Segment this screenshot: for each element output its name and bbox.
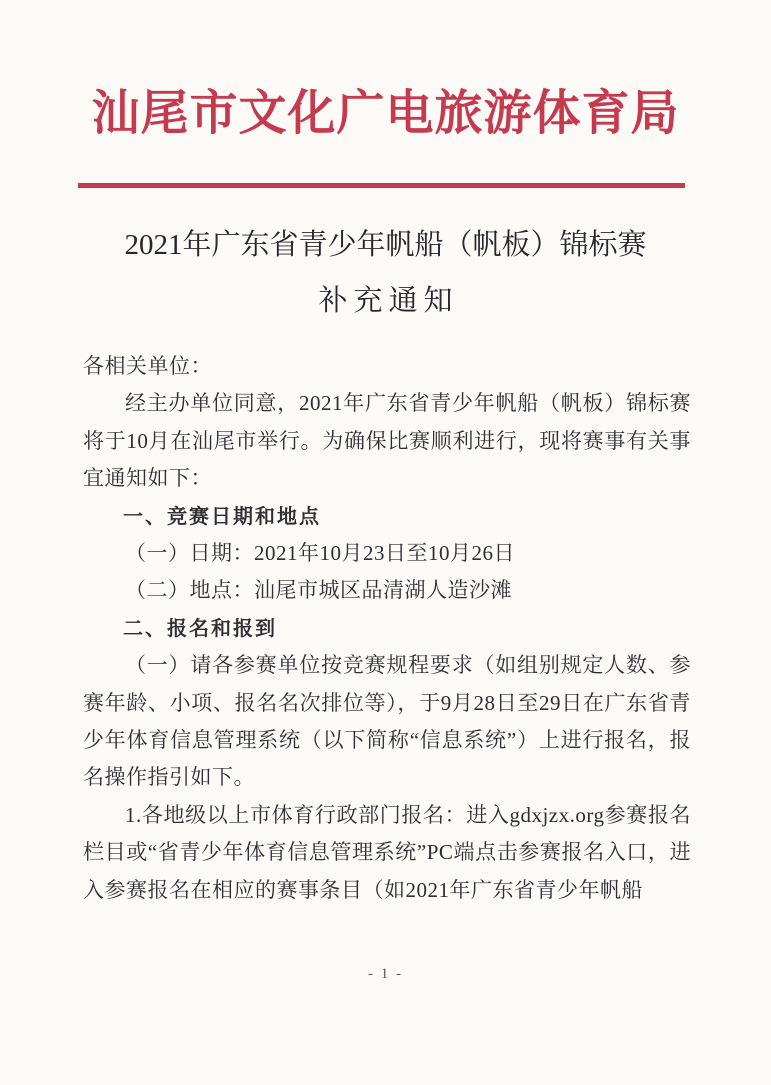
body-paragraph: （一）日期：2021年10月23日至10月26日 xyxy=(83,535,691,572)
body-paragraph: 经主办单位同意，2021年广东省青少年帆船（帆板）锦标赛将于10月在汕尾市举行。… xyxy=(83,385,691,497)
agency-header-title: 汕尾市文化广电旅游体育局 xyxy=(0,84,771,144)
body-paragraph: （二）地点：汕尾市城区品清湖人造沙滩 xyxy=(83,572,691,609)
body-paragraph: （一）请各参赛单位按竞赛规程要求（如组别规定人数、参赛年龄、小项、报名名次排位等… xyxy=(83,647,691,797)
document-title-line2: 补充通知 xyxy=(0,273,771,329)
paragraph-list: 经主办单位同意，2021年广东省青少年帆船（帆板）锦标赛将于10月在汕尾市举行。… xyxy=(83,385,691,909)
document-title: 2021年广东省青少年帆船（帆板）锦标赛 补充通知 xyxy=(0,217,771,329)
section-heading: 一、竞赛日期和地点 xyxy=(83,498,691,535)
section-heading: 二、报名和报到 xyxy=(83,610,691,647)
salutation-line: 各相关单位： xyxy=(83,348,691,385)
header-divider-rule xyxy=(78,183,685,188)
document-body: 各相关单位： 经主办单位同意，2021年广东省青少年帆船（帆板）锦标赛将于10月… xyxy=(83,348,691,909)
body-paragraph: 1.各地级以上市体育行政部门报名：进入gdxjzx.org参赛报名栏目或“省青少… xyxy=(83,797,691,909)
page-number: - 1 - xyxy=(0,966,771,983)
document-title-line1: 2021年广东省青少年帆船（帆板）锦标赛 xyxy=(0,217,771,273)
document-page: 汕尾市文化广电旅游体育局 2021年广东省青少年帆船（帆板）锦标赛 补充通知 各… xyxy=(0,0,771,1085)
